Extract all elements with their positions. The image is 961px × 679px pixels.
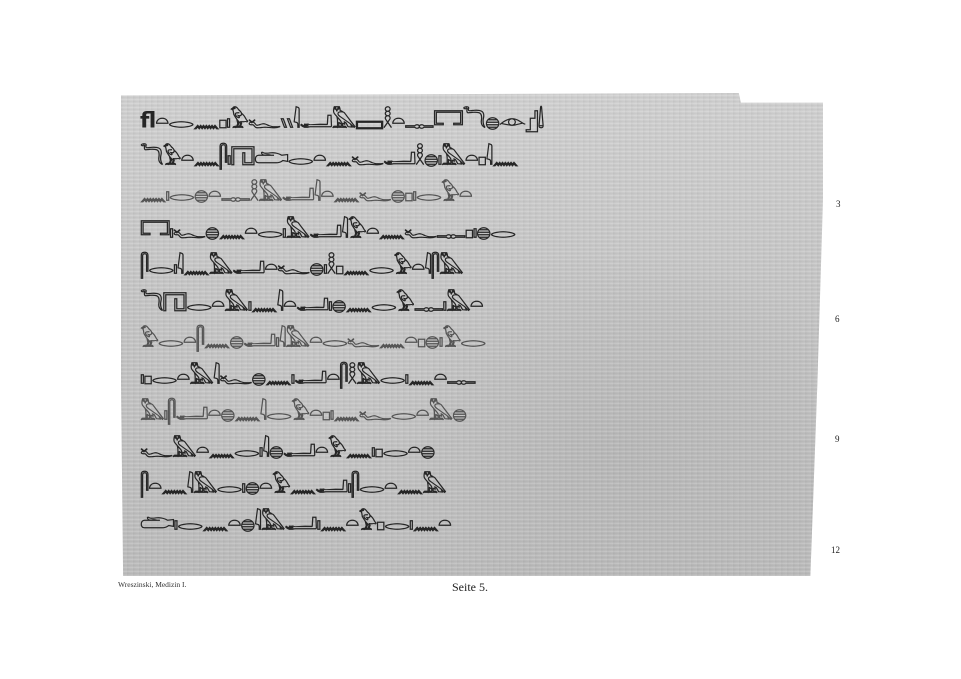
hieratic-line-2: 𓆓𓅱𓏏𓈖𓋴𓏤𓉔𓂧𓂋𓏏𓈖𓆑𓂝𓎛𓐍𓏤𓅓𓏏𓊪𓇋𓈖 [140, 137, 810, 172]
line-number-9: 9 [835, 434, 840, 444]
hieratic-line-3: 𓈖𓏤𓂋𓐍𓏏𓊃𓎛𓅓𓂝𓇋𓏏𓈖𓆑𓐍𓊪𓏤𓂋𓅱𓏏 [140, 174, 810, 209]
hieratic-line-6: 𓆓𓉔𓂋𓏏𓅓𓏤𓈖𓇋𓏏𓂝𓏤𓐍𓈖𓂋𓅱𓊃𓏤𓅓𓏏 [140, 283, 810, 318]
hieratic-line-8: 𓏤𓊪𓂋𓏏𓅓𓇋𓆑𓐍𓈖𓏤𓂝𓏏𓋴𓎛𓅓𓂋𓏤𓈖𓏏𓊃 [140, 356, 810, 391]
hieratic-line-9: 𓅓𓏤𓋴𓂝𓏏𓐍𓈖𓇋𓂋𓅱𓏏𓊪𓏤𓈖𓆑𓂋𓏏𓅓𓐍 [140, 393, 810, 428]
hieratic-line-10: 𓆑𓅓𓏏𓈖𓂋𓏤𓇋𓐍𓂝𓏏𓅱𓈖𓏤𓊪𓂋𓏏𓐍 [140, 429, 810, 464]
hieratic-line-5: 𓋴𓂋𓏤𓇋𓈖𓅓𓂝𓏏𓆑𓐍𓏤𓎛𓊪𓈖𓂋𓅱𓏏𓇋𓋴𓅓 [140, 247, 810, 282]
line-number-3: 3 [836, 199, 841, 209]
page-label: Seite 5. [452, 580, 488, 595]
hieratic-line-4: 𓉐𓏤𓆑𓐍𓈖𓏏𓂋𓏤𓅓𓂝𓇋𓅱𓏏𓈖𓆑𓊃𓊪𓏤𓐍𓂋 [140, 210, 810, 245]
hieratic-text-block: ﬂ𓏏𓂋𓈖𓊪𓏤𓅱𓆑𓏭𓇋𓂝𓅓𓈙𓎛𓏏𓊃𓉐𓆓𓐍𓁹𓊨𓌃 𓆓𓅱𓏏𓈖𓋴𓏤𓉔𓂧𓂋𓏏𓈖𓆑𓂝𓎛𓐍𓏤𓅓… [140, 100, 810, 538]
line-number-12: 12 [831, 545, 840, 555]
hieratic-line-11: 𓋴𓏏𓈖𓇋𓅓𓂋𓏤𓐍𓏏𓅱𓈖𓂝𓏤𓋴𓂋𓏏𓈖𓅓 [140, 466, 810, 501]
line-number-6: 6 [835, 314, 840, 324]
hieratic-line-7: 𓅱𓂋𓏏𓋴𓈖𓐍𓂝𓏤𓇋𓅓𓏏𓂋𓆑𓈖𓏏𓊪𓐍𓏤𓅱𓂋 [140, 320, 810, 355]
hieratic-line-1: ﬂ𓏏𓂋𓈖𓊪𓏤𓅱𓆑𓏭𓇋𓂝𓅓𓈙𓎛𓏏𓊃𓉐𓆓𓐍𓁹𓊨𓌃 [140, 101, 810, 136]
source-caption: Wreszinski, Medizin I. [118, 580, 186, 589]
hieratic-line-12: 𓂧𓏤𓂋𓈖𓏏𓐍𓇋𓅓𓂝𓏤𓈖𓏏𓅱𓊪𓂋𓏤𓈖𓏏 [140, 502, 810, 537]
